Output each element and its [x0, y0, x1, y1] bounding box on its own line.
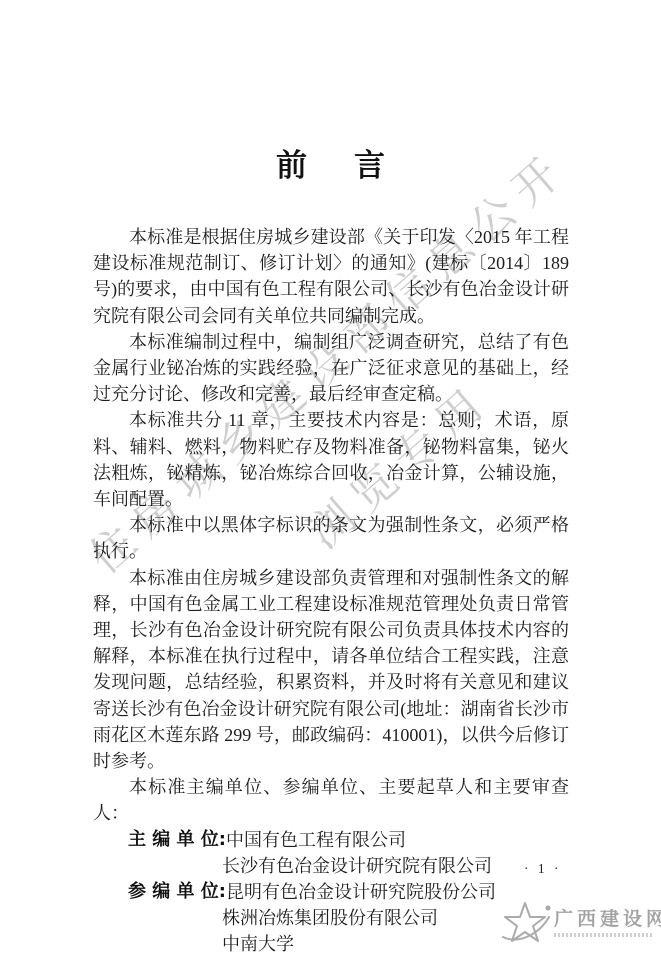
document-body: 本标准是根据住房城乡建设部《关于印发〈2015 年工程建设标准规范制订、修订计划…	[93, 224, 569, 958]
chief-editor-label-spacer	[128, 853, 222, 879]
page-title: 前言	[0, 146, 661, 186]
page-number: · 1 ·	[524, 861, 562, 877]
participant-editor-label-spacer	[128, 905, 222, 931]
logo-caption-bar	[554, 933, 652, 937]
paragraph-3: 本标准共分 11 章，主要技术内容是：总则，术语，原料、辅料、燃料，物料贮存及物…	[93, 407, 569, 512]
chief-editor-unit-1: 中国有色工程有限公司	[226, 827, 569, 853]
title-char-1: 前	[276, 148, 307, 184]
logo-text-block: 广西建设网	[554, 909, 661, 937]
paragraph-4: 本标准中以黑体字标识的条文为强制性条文，必须严格执行。	[93, 512, 569, 564]
paragraph-2: 本标准编制过程中，编制组广泛调查研究，总结了有色金属行业铋冶炼的实践经验，在广泛…	[93, 329, 569, 408]
chief-editor-row-2: 长沙有色冶金设计研究院有限公司	[93, 853, 569, 879]
paragraph-5: 本标准由住房城乡建设部负责管理和对强制性条文的解释，中国有色金属工业工程建设标准…	[93, 565, 569, 775]
title-char-2: 言	[354, 148, 385, 184]
site-logo: 广西建设网	[498, 894, 658, 952]
chief-editor-row-1: 主 编 单 位: 中国有色工程有限公司	[93, 827, 569, 853]
paragraph-6: 本标准主编单位、参编单位、主要起草人和主要审查人：	[93, 774, 569, 826]
participant-editor-label-spacer	[128, 931, 222, 957]
chief-editor-label: 主 编 单 位:	[128, 827, 226, 853]
star-swoosh-logo-icon	[498, 896, 552, 950]
chief-editor-unit-2: 长沙有色冶金设计研究院有限公司	[222, 853, 569, 879]
participant-editor-label: 参 编 单 位:	[128, 879, 226, 905]
paragraph-1: 本标准是根据住房城乡建设部《关于印发〈2015 年工程建设标准规范制订、修订计划…	[93, 224, 569, 329]
document-page: 住房城乡建设部信息公开 浏览专用 前言 本标准是根据住房城乡建设部《关于印发〈2…	[0, 0, 661, 958]
logo-text: 广西建设网	[554, 909, 661, 930]
